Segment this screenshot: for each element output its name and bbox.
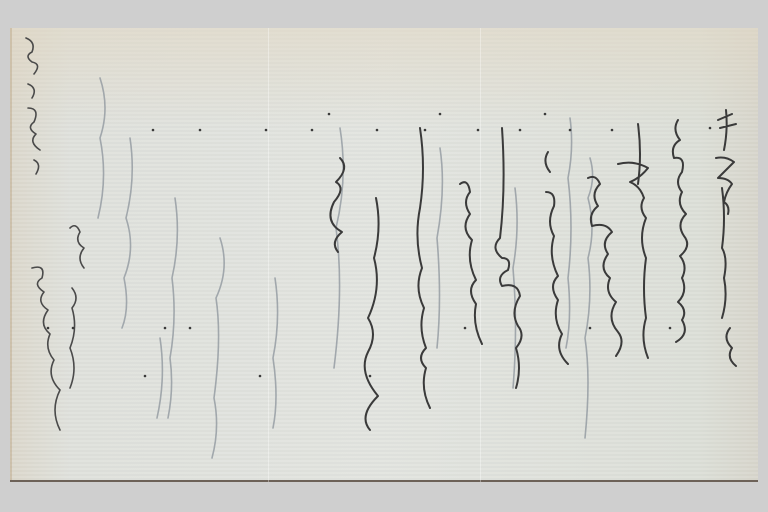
manuscript-paper bbox=[10, 28, 758, 482]
dark-ink-columns bbox=[330, 110, 736, 430]
calligraphy-ink-layer bbox=[10, 28, 758, 482]
ruling-dots bbox=[47, 113, 712, 378]
faded-ink-columns bbox=[98, 78, 593, 458]
left-edge-annotation bbox=[26, 38, 84, 430]
